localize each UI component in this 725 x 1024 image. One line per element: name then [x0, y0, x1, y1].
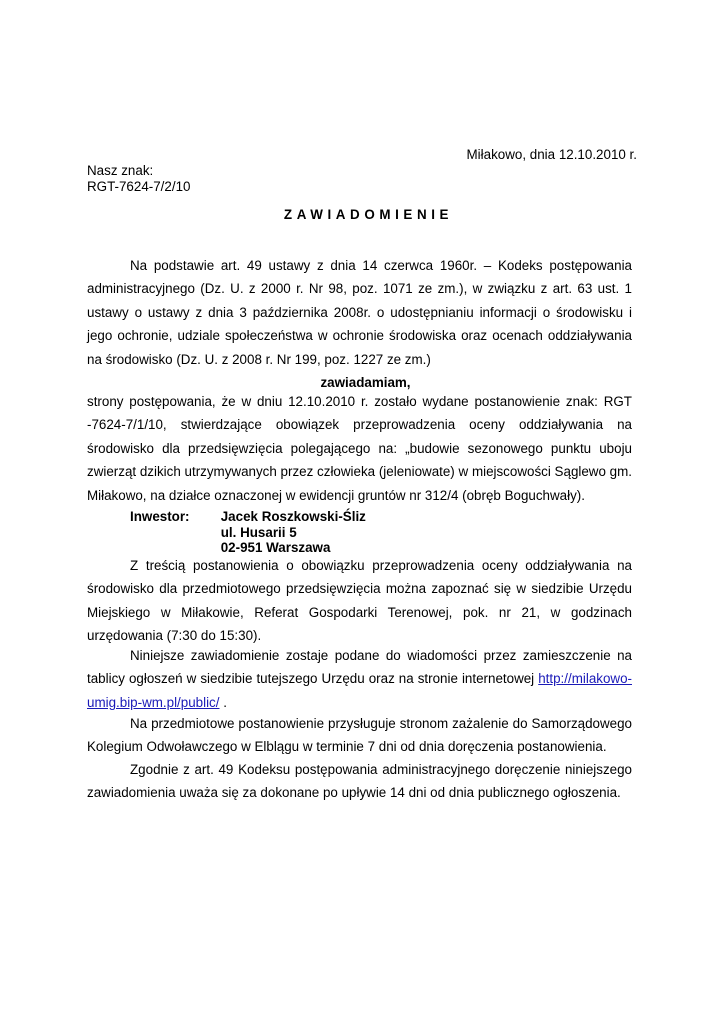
delivery-section: Zgodnie z art. 49 Kodeksu postępowania a…: [87, 758, 632, 805]
delivery-paragraph: Zgodnie z art. 49 Kodeksu postępowania a…: [87, 758, 632, 805]
publication-section: Niniejsze zawiadomienie zostaje podane d…: [87, 644, 632, 714]
appeal-section: Na przedmiotowe postanowienie przysługuj…: [87, 712, 632, 759]
legal-basis-paragraph: Na podstawie art. 49 ustawy z dnia 14 cz…: [87, 254, 632, 371]
decision-section: strony postępowania, że w dniu 12.10.201…: [87, 390, 632, 507]
legal-basis-section: Na podstawie art. 49 ustawy z dnia 14 cz…: [87, 254, 632, 394]
investor-street: ul. Husarii 5: [221, 525, 366, 541]
place-date: Miłakowo, dnia 12.10.2010 r.: [467, 147, 637, 162]
investor-name: Jacek Roszkowski-Śliz: [221, 509, 366, 525]
inspection-paragraph: Z treścią postanowienia o obowiązku prze…: [87, 554, 632, 648]
decision-paragraph: strony postępowania, że w dniu 12.10.201…: [87, 390, 632, 507]
reference-label: Nasz znak:: [87, 163, 153, 178]
document-title: ZAWIADOMIENIE: [0, 207, 725, 222]
investor-block: Inwestor: Jacek Roszkowski-Śliz ul. Husa…: [130, 509, 366, 556]
inspection-section: Z treścią postanowienia o obowiązku prze…: [87, 554, 632, 648]
document-page: Miłakowo, dnia 12.10.2010 r. Nasz znak: …: [0, 0, 725, 1024]
reference-number: RGT-7624-7/2/10: [87, 179, 190, 194]
investor-details: Jacek Roszkowski-Śliz ul. Husarii 5 02-9…: [221, 509, 366, 556]
publication-paragraph: Niniejsze zawiadomienie zostaje podane d…: [87, 644, 632, 714]
investor-label: Inwestor:: [130, 509, 217, 525]
publication-end: .: [219, 695, 226, 710]
appeal-paragraph: Na przedmiotowe postanowienie przysługuj…: [87, 712, 632, 759]
